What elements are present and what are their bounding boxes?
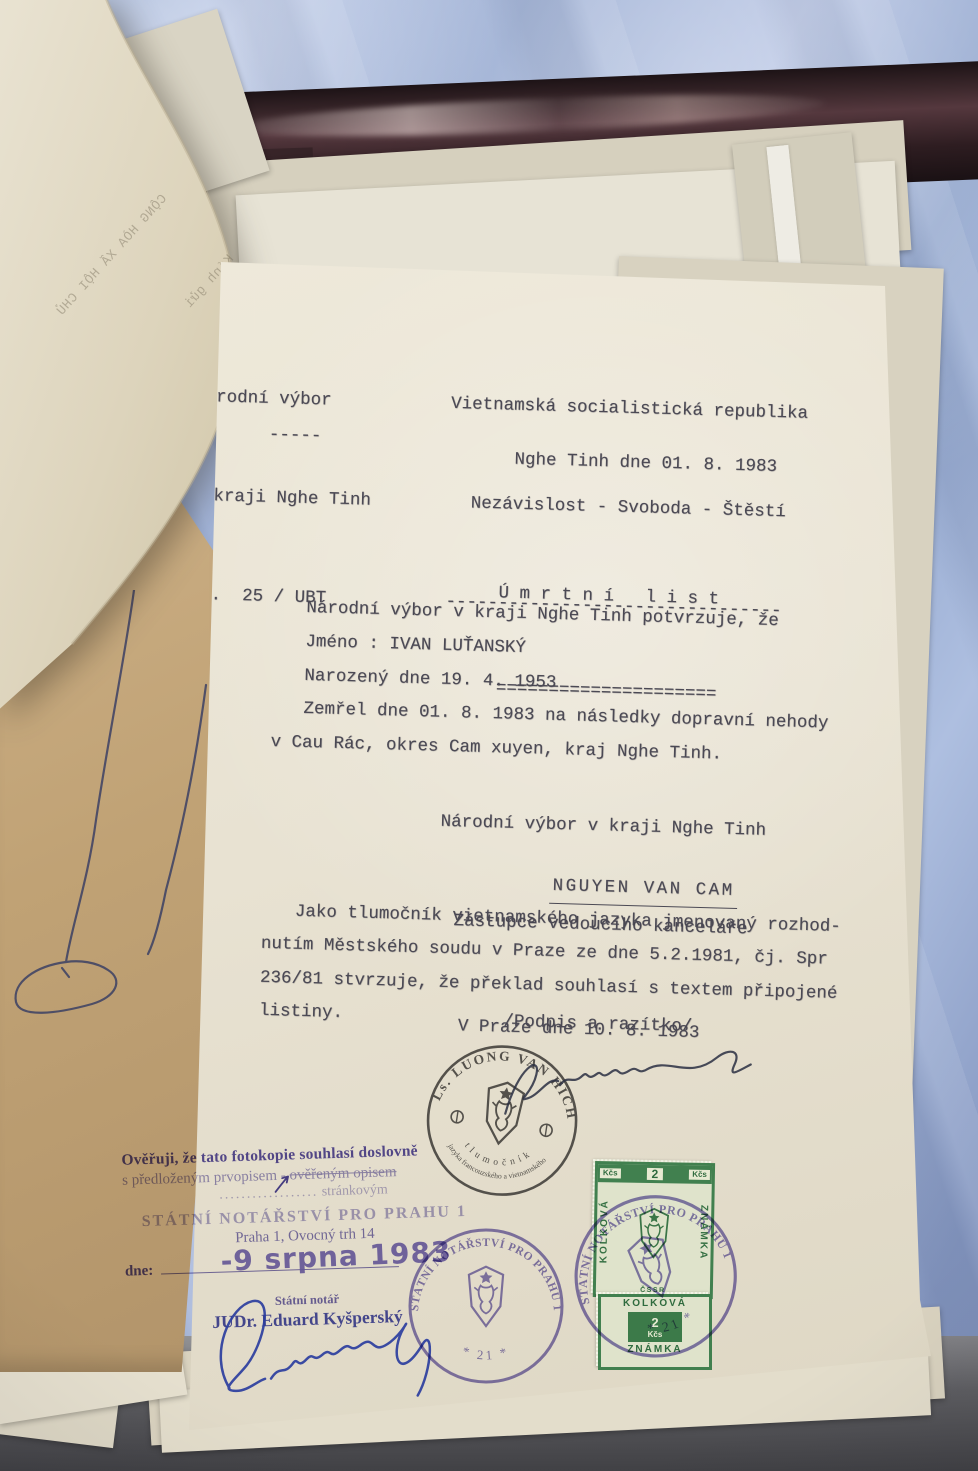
- state-emblem-icon: [469, 1267, 503, 1326]
- header-left-dashes: -----: [240, 418, 351, 454]
- stamp-value: 2: [646, 1168, 663, 1180]
- interpreter-signature-handwriting: [486, 1035, 767, 1153]
- svg-text:* 21 *: * 21 *: [642, 1306, 699, 1341]
- date-label: dne:: [125, 1263, 154, 1280]
- notary-cert-struck-text: ověřeným opisem: [289, 1164, 397, 1183]
- translator-line: listiny.: [259, 995, 344, 1030]
- tape-strip: [766, 145, 800, 267]
- header-left-line: Národní výbor: [195, 381, 374, 419]
- notary-round-stamp-center: STÁTNÍ NOTÁŘSTVÍ PRO PRAHU 1 * 21 *: [402, 1222, 572, 1392]
- notary-stamp-number: * 21 *: [460, 1343, 511, 1362]
- body-line: Jméno : IVAN LUŤANSKÝ: [305, 626, 526, 665]
- header-left-line: v kraji Nghe Tinh: [192, 480, 371, 518]
- photo-canvas: CỘNG HÒA XÃ HỘI CHỦ Kính gửi Národní výb…: [0, 0, 978, 1471]
- header-right-line: Vietnamská socialistická republika: [451, 388, 812, 431]
- dotted-line: ..................: [219, 1185, 318, 1203]
- currency-label: Kčs: [600, 1168, 621, 1178]
- state-emblem-icon: [626, 1232, 679, 1302]
- svg-text:* 21 *: * 21 *: [460, 1343, 511, 1362]
- notary-cert-line3-word: stránkovým: [318, 1182, 388, 1199]
- notary-stamp-number: * 21 *: [642, 1306, 699, 1341]
